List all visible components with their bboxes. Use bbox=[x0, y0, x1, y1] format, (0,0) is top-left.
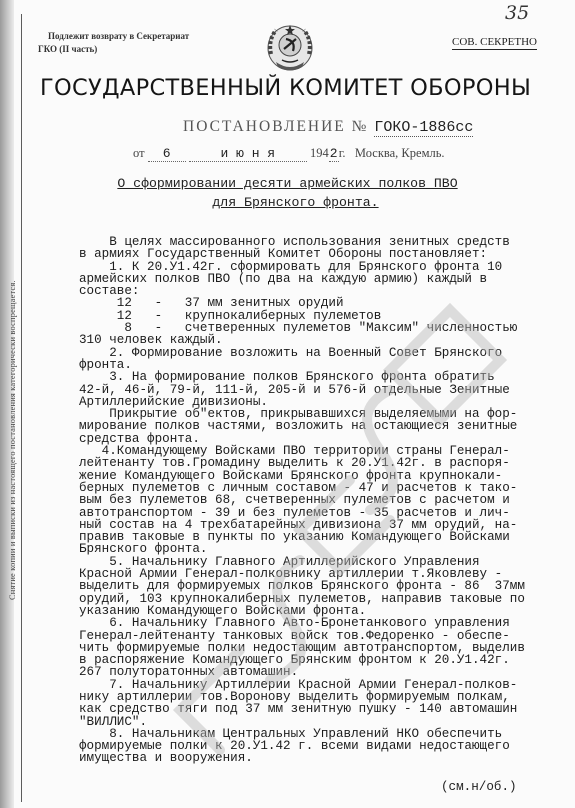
body-line: 3. На формирование полков Брянского фрон… bbox=[79, 371, 565, 383]
body-line: 267 полуторатонных автомашин. bbox=[79, 666, 565, 678]
body-line: в армиях Государственный Комитет Обороны… bbox=[79, 248, 565, 260]
return-note-line-1: Подлежит возврату в Секретариат bbox=[38, 30, 189, 43]
date-place: Москва, Кремль. bbox=[355, 146, 445, 160]
decree-body: В целях массированного использования зен… bbox=[79, 236, 565, 765]
body-line: 6. Начальнику Главного Авто-Бронетанково… bbox=[79, 617, 565, 629]
decree-heading: ПОСТАНОВЛЕНИЕ № ГОКО-1886сс bbox=[183, 118, 473, 136]
decree-label: ПОСТАНОВЛЕНИЕ № bbox=[183, 118, 368, 135]
subject-text-1: О сформировании десяти армейских полков … bbox=[117, 176, 457, 191]
body-line: Генерал-лейтенанту танковых войск тов.Фе… bbox=[79, 630, 565, 642]
body-line: 42-й, 46-й, 79-й, 111-й, 205-й и 576-й о… bbox=[79, 384, 565, 396]
handwritten-page-number: 35 bbox=[505, 2, 529, 24]
date-year-suffix: 2 bbox=[329, 146, 339, 162]
body-line: вым без пулеметов 68, счетверенных пулем… bbox=[79, 494, 565, 506]
see-reverse-note: (см.н/об.) bbox=[441, 780, 517, 794]
body-line: выделить для формируемых полков Брянског… bbox=[79, 580, 565, 592]
body-line: 12 - 37 мм зенитных орудий bbox=[79, 297, 565, 309]
date-prefix: от bbox=[133, 146, 145, 160]
body-line: автотранспортом - 39 и без пулеметов - 3… bbox=[79, 507, 565, 519]
side-note-copy-prohibited: Снятие копии и выписки из настоящего пос… bbox=[8, 280, 17, 600]
decree-date: от 6 и ю н я 1942г. Москва, Кремль. bbox=[133, 146, 445, 162]
body-line: лейтенанту тов.Громадину выделить к 20.У… bbox=[79, 457, 565, 469]
subject-text-2: для Брянского фронта. bbox=[212, 195, 378, 210]
body-line: Брянского фронта. bbox=[79, 543, 565, 555]
return-note-line-2: ГКО (II часть) bbox=[38, 44, 97, 54]
decree-number: ГОКО-1886сс bbox=[374, 119, 473, 137]
margin-line bbox=[21, 14, 22, 802]
committee-title: ГОСУДАРСТВЕННЫЙ КОМИТЕТ ОБОРОНЫ bbox=[40, 75, 550, 101]
body-line: 2. Формирование возложить на Военный Сов… bbox=[79, 347, 565, 359]
ussr-emblem-icon bbox=[262, 22, 318, 74]
subject-line-2: для Брянского фронта. bbox=[8, 195, 575, 210]
date-year-unit: г. bbox=[339, 146, 346, 160]
body-line: 310 человек каждый. bbox=[79, 334, 565, 346]
date-month: и ю н я bbox=[189, 146, 307, 162]
body-line: армейских полков ПВО (по два на каждую а… bbox=[79, 273, 565, 285]
body-line: как средство тяги под 37 мм зенитную пуш… bbox=[79, 703, 565, 715]
date-day: 6 bbox=[148, 146, 186, 162]
body-line: имущества и вооружения. bbox=[79, 752, 565, 764]
date-year-prefix: 194 bbox=[310, 146, 329, 160]
secrecy-classification: СОВ. СЕКРЕТНО bbox=[452, 36, 537, 50]
subject-line-1: О сформировании десяти армейских полков … bbox=[0, 176, 575, 191]
return-note: Подлежит возврату в Секретариат ГКО (II … bbox=[38, 30, 189, 56]
body-line: мирование полков частями, возложить на о… bbox=[79, 420, 565, 432]
